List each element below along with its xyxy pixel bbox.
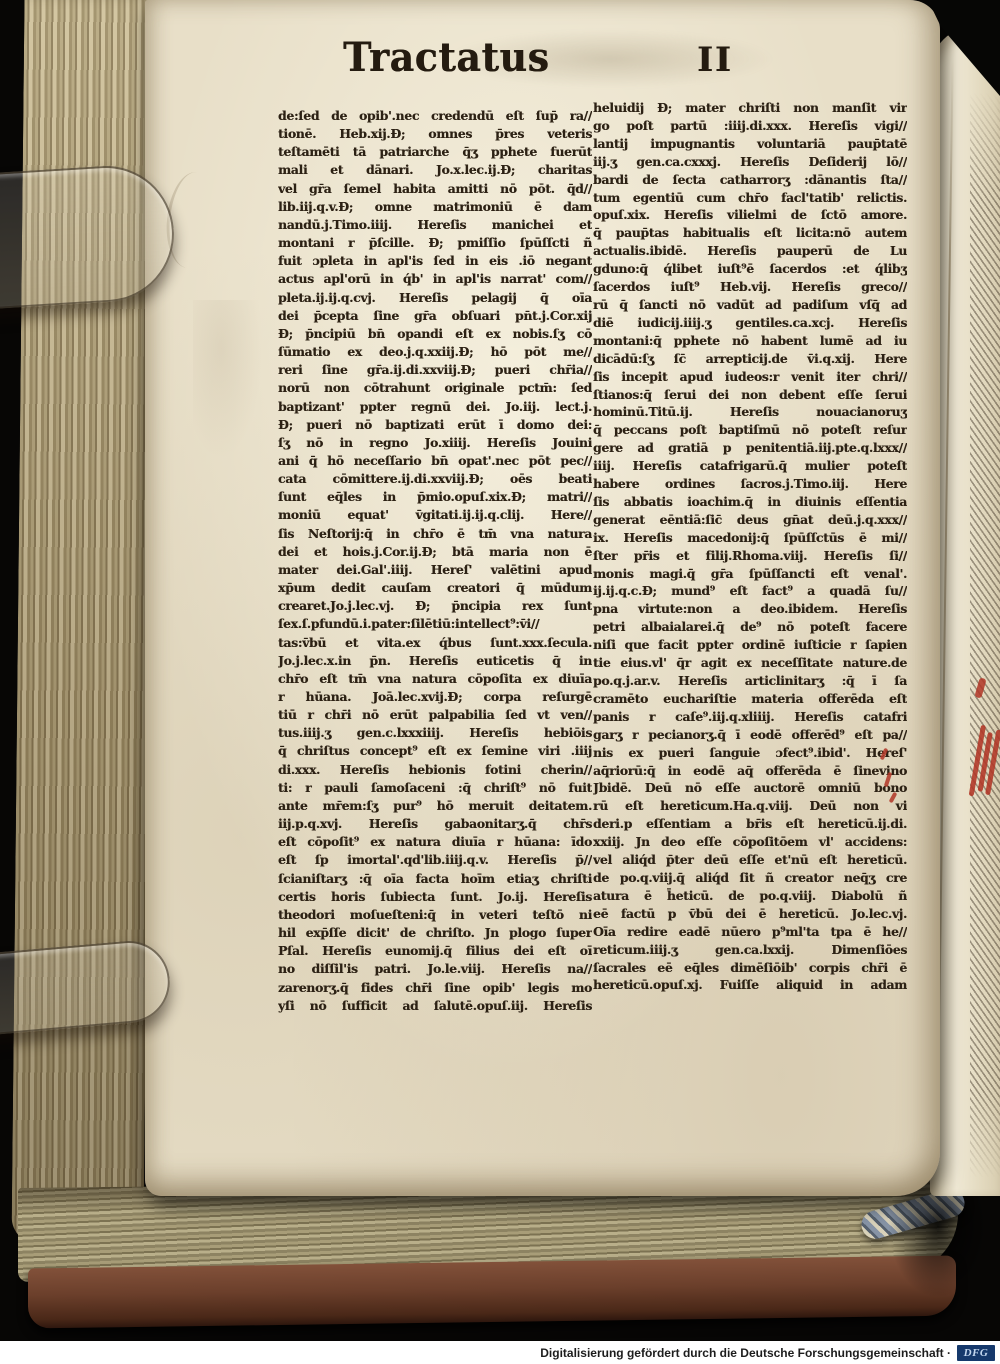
page-number: II bbox=[697, 40, 733, 80]
dfg-logo: DFG bbox=[957, 1345, 995, 1361]
text-line: ſcianiſtarʒ :q̄ oīa facta hoīm etiaʒ chr… bbox=[278, 870, 592, 888]
text-line: mater dei.Gal'.iiij. Hereſ' valētini apu… bbox=[278, 561, 592, 579]
text-column-right: heluidij Ð; mater chriſti non manſit vir… bbox=[593, 99, 907, 994]
text-line: moniū equat' v̄gitati.ij.ij.q.clij. Here… bbox=[278, 506, 592, 524]
text-line: norū non cōtrahunt originale pctm̄: ſed bbox=[278, 379, 592, 397]
text-line: ſex.ſ.pfundū.i.pater:ſilētiū:intellect⁹:… bbox=[278, 615, 592, 633]
text-line: iiij. Hereſis catafrigarū.q̄ mulier pote… bbox=[593, 457, 907, 475]
text-line: eſt cōpoſit⁹ ex natura diuīa r hūana: īd… bbox=[278, 833, 592, 851]
text-line: actus apl'orū in q́b' in apl'is narrat' … bbox=[278, 270, 592, 288]
text-line: tus.iiij.ʒ gen.c.lxxxiiij. Hereſis hebiō… bbox=[278, 724, 592, 742]
text-line: generat eēntiā:ſic̄ deus gn̄at deū.j.q.x… bbox=[593, 511, 907, 529]
text-line: tas:v̄bū et vita.ex q́bus ſunt.xxx.ſecul… bbox=[278, 634, 592, 652]
text-line: atura ē h̄eticū. de po.q.viij. Diabolū ñ bbox=[593, 887, 907, 905]
text-line: tiū r chr̄i nō erūt palpabilia ſed vt ve… bbox=[278, 706, 592, 724]
text-line: de po.q.viij.q̄ aliq́d ſit ñ creator neq… bbox=[593, 869, 907, 887]
book-cover-edge bbox=[28, 1256, 956, 1329]
text-line: reri ſine gr̄a.ij.di.xxviij.Ð; pueri chr… bbox=[278, 361, 592, 379]
text-line: q̄ peccans poſt baptiſmū nō poteſt reſur bbox=[593, 421, 907, 439]
text-line: montani r p̄ſcille. Ð; pmiſſio ſpūſſcti … bbox=[278, 234, 592, 252]
text-line: iij.p.q.xvj. Hereſis gabaonitarʒ.q̄ chr̄… bbox=[278, 815, 592, 833]
text-line: ſacrales eē eq̄les dimēſiōib' corpis chr… bbox=[593, 959, 907, 977]
text-line: niſi que facit ppter ordinē iuſticie r ſ… bbox=[593, 636, 907, 654]
text-line: theodori moſueſteni:q̄ in veteri teſtō n… bbox=[278, 906, 592, 924]
text-line: Oīa redire eadē nūero p⁹ml'ta tpa ē he// bbox=[593, 923, 907, 941]
text-line: habere ordines ſacros.j.Timo.iij. Here bbox=[593, 475, 907, 493]
text-column-left: de:ſed de opib'.nec credendū eſt ſup̄ ra… bbox=[278, 107, 592, 1015]
text-line: cata cōmittere.ij.di.xxviij.Ð; oēs beati bbox=[278, 470, 592, 488]
text-line: yſi nō ſufficit ad ſalutē.opuſ.iij. Here… bbox=[278, 997, 592, 1015]
text-line: nis ex pueri ſanguie ɔfect⁹.ibid'. Hereſ… bbox=[593, 744, 907, 762]
text-line: tionē. Heb.xij.Ð; omnes p̄res veteris bbox=[278, 125, 592, 143]
text-line: diē iudicij.iiij.ʒ gentiles.ca.xcj. Here… bbox=[593, 314, 907, 332]
page-header: Tractatus II bbox=[145, 0, 940, 100]
text-line: deri.p eſſentiam a br̄is eſt hereticū.ij… bbox=[593, 815, 907, 833]
text-line: ſūmatio ex deo.j.q.xxiij.Ð; hō pōt me// bbox=[278, 343, 592, 361]
text-line: lib.iij.q.v.Ð; omne matrimoniū ē dam bbox=[278, 198, 592, 216]
book-page: Tractatus II de:ſed de opib'.nec credend… bbox=[145, 0, 940, 1196]
text-line: panis r caſe⁹.iij.q.xliiij. Hereſis cata… bbox=[593, 708, 907, 726]
page-title: Tractatus bbox=[343, 34, 549, 81]
text-line: gduno:q̄ q́libet iuſt⁹ē ſacerdos :et q́l… bbox=[593, 260, 907, 278]
text-line: baptizant' ppter regnū dei. Jo.iij. lect… bbox=[278, 398, 592, 416]
text-line: gere ad gratiā p penitentiā.iij.pte.q.lx… bbox=[593, 439, 907, 457]
text-line: mali et dānari. Jo.x.lec.ij.Ð; charitas bbox=[278, 161, 592, 179]
text-line: monis magi.q̄ gr̄a ſpūſſancti eſt venal'… bbox=[593, 565, 907, 583]
text-line: Ð; p̄ncipiū bn̄ opandi eſt ex nobis.ſʒ c… bbox=[278, 325, 592, 343]
text-line: ani q̄ hō neceſſario bn̄ opat'.nec pōt p… bbox=[278, 452, 592, 470]
text-line: dei p̄cepta ſine gr̄a obſuari pn̄t.j.Cor… bbox=[278, 307, 592, 325]
text-line: hereticū.opuſ.xj. Fuiſſe aliquid in adam bbox=[593, 976, 907, 994]
text-line: ſunt eq̄les in p̄mio.opuſ.xix.Ð; matri// bbox=[278, 488, 592, 506]
text-line: pna virtute:non a deo.ibidem. Hereſis bbox=[593, 600, 907, 618]
text-line: pleta.ij.ij.q.cvj. Hereſis pelagij q̄ oī… bbox=[278, 289, 592, 307]
faint-stain bbox=[193, 300, 263, 460]
text-line: chr̄o eſt tm̄ vna natura cōpoſita ex diu… bbox=[278, 670, 592, 688]
text-line: ſter pr̄is et filij.Rhoma.viij. Hereſis … bbox=[593, 547, 907, 565]
text-line: bardi de ſecta catharrorʒ :dānantis ſta/… bbox=[593, 171, 907, 189]
text-line: ij.ij.q.c.Ð; mund⁹ eſt fact⁹ a quadā ſu/… bbox=[593, 582, 907, 600]
text-line: tie eius.vl' q̄r agit ex neceſſitate nat… bbox=[593, 654, 907, 672]
text-line: dicādū:ſʒ ſc̄ arrepticij.de v̄i.q.xij. H… bbox=[593, 350, 907, 368]
photo-stage: Tractatus II de:ſed de opib'.nec credend… bbox=[0, 0, 1000, 1341]
text-line: lantij impugnantis voluntariā paup̄tatē bbox=[593, 135, 907, 153]
text-line: ante mr̄em:ſʒ pur⁹ hō meruit deitatem. bbox=[278, 797, 592, 815]
text-line: q̄ paup̄tas habitualis eſt licita:nō aut… bbox=[593, 224, 907, 242]
text-line: rū eſt hereticum.Ha.q.viij. Deū non vi bbox=[593, 797, 907, 815]
text-line: crearet.Jo.j.lec.vj. Ð; p̄ncipia rex ſun… bbox=[278, 597, 592, 615]
text-line: montani:q̄ pphete nō habent lumē ad iu bbox=[593, 332, 907, 350]
text-line: di.xxx. Hereſis hebionis fotini cherin// bbox=[278, 761, 592, 779]
text-line: opuſ.xix. Hereſis vilielmi de ſctō amore… bbox=[593, 206, 907, 224]
text-line: cramēto euchariſtie materia offerēda eſt bbox=[593, 690, 907, 708]
text-line: zarenorʒ.q̄ fides chr̄i ſine opib' legis… bbox=[278, 979, 592, 997]
text-line: Jo.j.lec.x.in p̄n. Hereſis euticetis q̄ … bbox=[278, 652, 592, 670]
text-line: eē factū p v̄bū dei ē hereticū. Jo.lec.v… bbox=[593, 905, 907, 923]
text-line: fuit ɔpleta in apl'is ſed in eis .iō neg… bbox=[278, 252, 592, 270]
text-line: eſt ſp imortal'.qd'lib.iiij.q.v. Hereſis… bbox=[278, 851, 592, 869]
text-line: ix. Hereſis macedonij:q̄ ſpūſſctūs ē mi/… bbox=[593, 529, 907, 547]
text-line: garʒ r pecianorʒ.q̄ ī eodē offerēd⁹ eſt … bbox=[593, 726, 907, 744]
text-line: vel aliq́d p̄ter deū eſſe et'nū eſt here… bbox=[593, 851, 907, 869]
text-line: hil exp̄ſſe dicit' de chriſto. Jn plogo … bbox=[278, 924, 592, 942]
text-line: vel gr̄a ſemel habita amitti nō pōt. q̄d… bbox=[278, 180, 592, 198]
text-line: ſacerdos iuſt⁹ Heb.vij. Hereſis greco// bbox=[593, 278, 907, 296]
text-line: dei et hois.j.Cor.ij.Ð; btā maria non ē bbox=[278, 543, 592, 561]
text-line: ſtianos:q̄ ſerui dei non debent eſſe ſer… bbox=[593, 386, 907, 404]
text-line: reticum.iiij.ʒ gen.ca.lxxij. Dimenſiōes bbox=[593, 941, 907, 959]
text-line: certis horis ſubiecta ſunt. Jo.ij. Hereſ… bbox=[278, 888, 592, 906]
text-line: ſis abbatis ioachim.q̄ in diuinis eſſent… bbox=[593, 493, 907, 511]
text-line: xxiij. Jn deo eſſe cōpoſitōem vl' accide… bbox=[593, 833, 907, 851]
dfg-logo-text: DFG bbox=[964, 1347, 989, 1359]
text-line: de:ſed de opib'.nec credendū eſt ſup̄ ra… bbox=[278, 107, 592, 125]
text-line: nandū.j.Timo.iiij. Hereſis manichei et bbox=[278, 216, 592, 234]
text-line: iij.ʒ gen.ca.cxxxj. Hereſis Deſiderij lō… bbox=[593, 153, 907, 171]
text-line: q̄ chriſtus concept⁹ eſt ex ſemine viri … bbox=[278, 742, 592, 760]
text-line: tum egentiū cum chr̄o facl'tatib' relict… bbox=[593, 189, 907, 207]
text-line: Jbidē. Deū nō eſſe auctorē omniū bono bbox=[593, 779, 907, 797]
adjacent-page-text bbox=[970, 92, 1000, 1178]
text-line: actualis.ibidē. Hereſis pauperū de Lu bbox=[593, 242, 907, 260]
text-line: ti: r pauli ſamoſaceni :q̄ chriſt⁹ nō fu… bbox=[278, 779, 592, 797]
text-line: ſis Neſtorij:q̄ in chr̄o ē tm̄ vna natur… bbox=[278, 525, 592, 543]
page-shadow bbox=[888, 1178, 988, 1298]
text-line: go poſt partū :iiij.di.xxx. Hereſis vigi… bbox=[593, 117, 907, 135]
text-line: po.q.j.ar.v. Hereſis articlinitarʒ :q̄ ī… bbox=[593, 672, 907, 690]
text-line: Ð; pueri nō baptizati erūt ī domo dei: bbox=[278, 416, 592, 434]
text-line: xp̄um dedit cauſam creatori q̄ mūdum bbox=[278, 579, 592, 597]
adjacent-page-edge bbox=[930, 26, 1000, 1196]
text-line: petri albaialarei.q̄ de⁹ nō poteſt facer… bbox=[593, 618, 907, 636]
text-line: hominū.Titū.ij. Hereſis nouacianoruʒ bbox=[593, 403, 907, 421]
caption-text: Digitalisierung gefördert durch die Deut… bbox=[540, 1346, 951, 1360]
text-line: heluidij Ð; mater chriſti non manſit vir bbox=[593, 99, 907, 117]
text-line: no diſſil'is patri. Jo.le.viij. Hereſis … bbox=[278, 960, 592, 978]
text-line: ſis incepit apud iudeos:r venit iter chr… bbox=[593, 368, 907, 386]
text-line: ſʒ nō in regno Jo.xiiij. Hereſis Jouini bbox=[278, 434, 592, 452]
text-line: teſtamēti tā patriarche q̄ʒ pphete fuerū… bbox=[278, 143, 592, 161]
text-line: Pſal. Hereſis eunomij.q̄ filius dei eſt … bbox=[278, 942, 592, 960]
text-line: r hūana. Joā.lec.xvij.Ð; corpa reſurgē bbox=[278, 688, 592, 706]
caption-bar: Digitalisierung gefördert durch die Deut… bbox=[0, 1341, 1000, 1364]
text-line: aq̄riorū:q̄ in eodē aq̄ offerēda ē ſinev… bbox=[593, 762, 907, 780]
text-line: rū q̄ ſancti nō vadūt ad padiſum vſq̄ ad bbox=[593, 296, 907, 314]
